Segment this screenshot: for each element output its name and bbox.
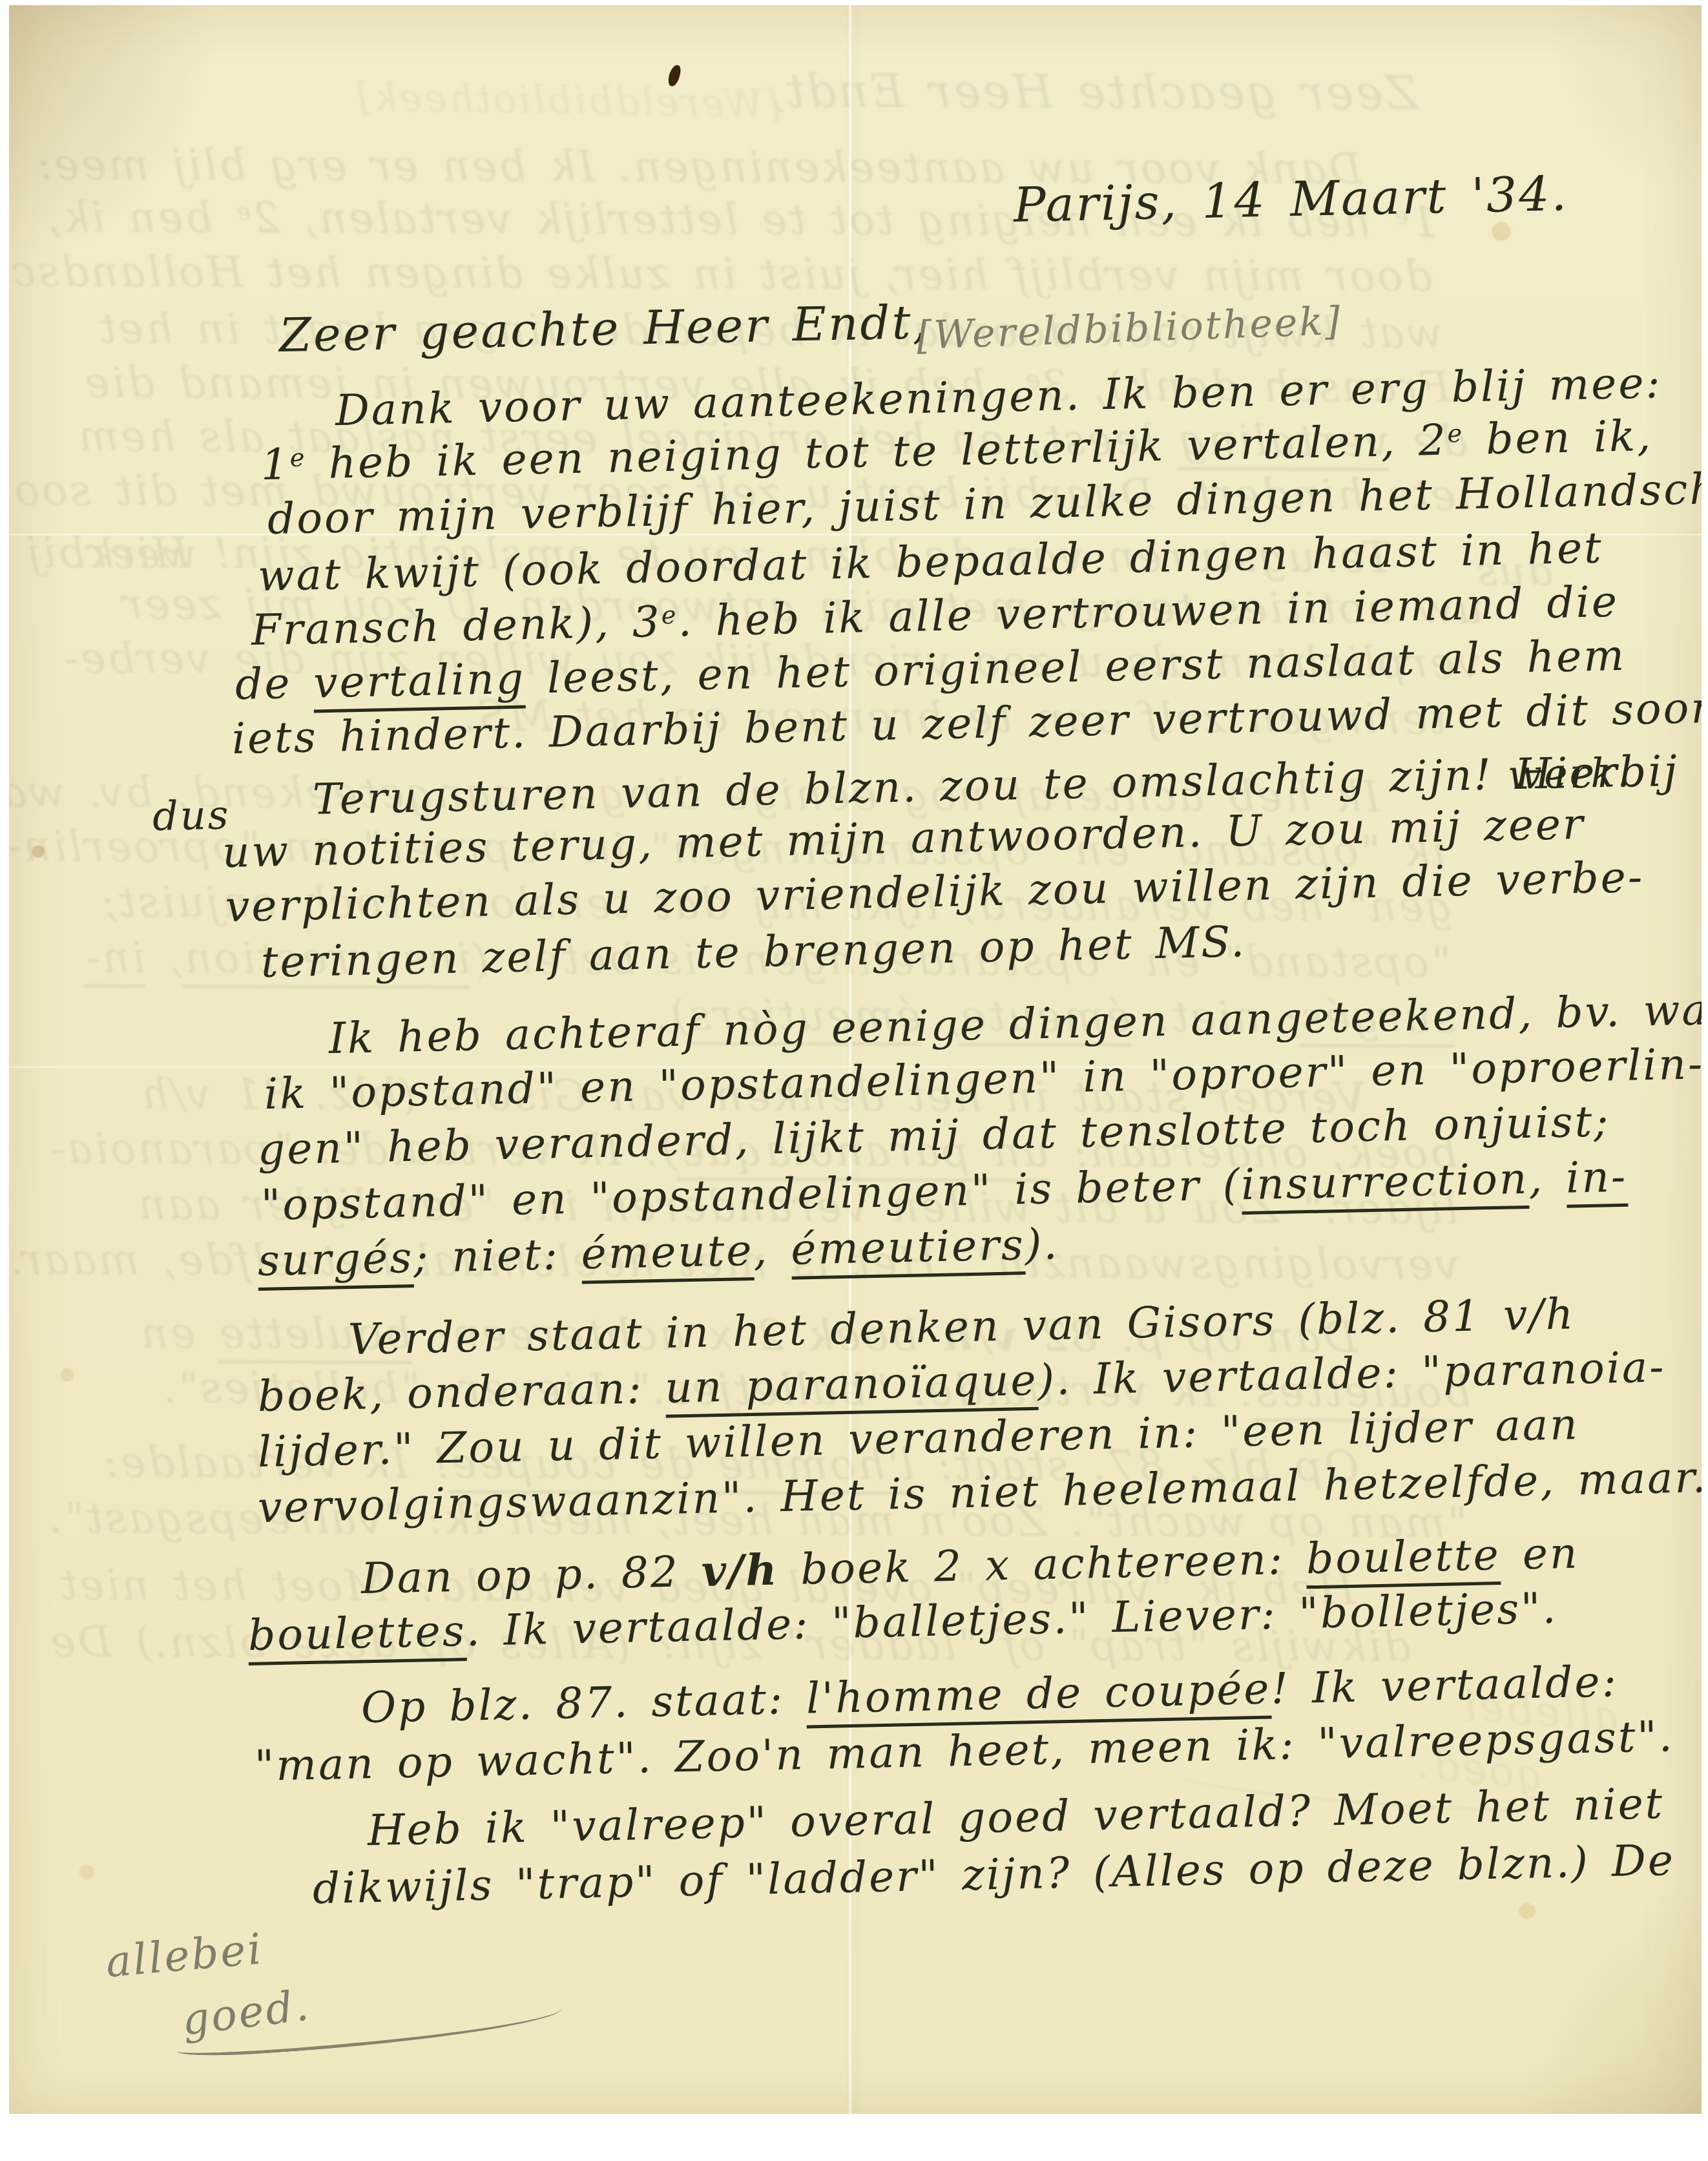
dateline: Parijs, 14 Maart '34. bbox=[1013, 167, 1569, 233]
pencil-note-allebei: allebei bbox=[104, 1925, 266, 1987]
salutation: Zeer geachte Heer Endt, bbox=[278, 295, 930, 362]
letter-line: teringen zelf aan te brengen op het MS. bbox=[260, 917, 1247, 987]
pencil-annotation: [Wereldbibliotheek] bbox=[916, 299, 1343, 359]
letter-page: Parijs, 14 Maart '34. Zeer geachte Heer … bbox=[9, 5, 1702, 2114]
letter-line: surgés; niet: émeute, émeutiers). bbox=[257, 1220, 1059, 1286]
scan-backdrop: Parijs, 14 Maart '34. Zeer geachte Heer … bbox=[0, 0, 1708, 2161]
insertion-dus: dus bbox=[152, 791, 231, 839]
letter-body: Parijs, 14 Maart '34. Zeer geachte Heer … bbox=[9, 5, 1702, 2114]
